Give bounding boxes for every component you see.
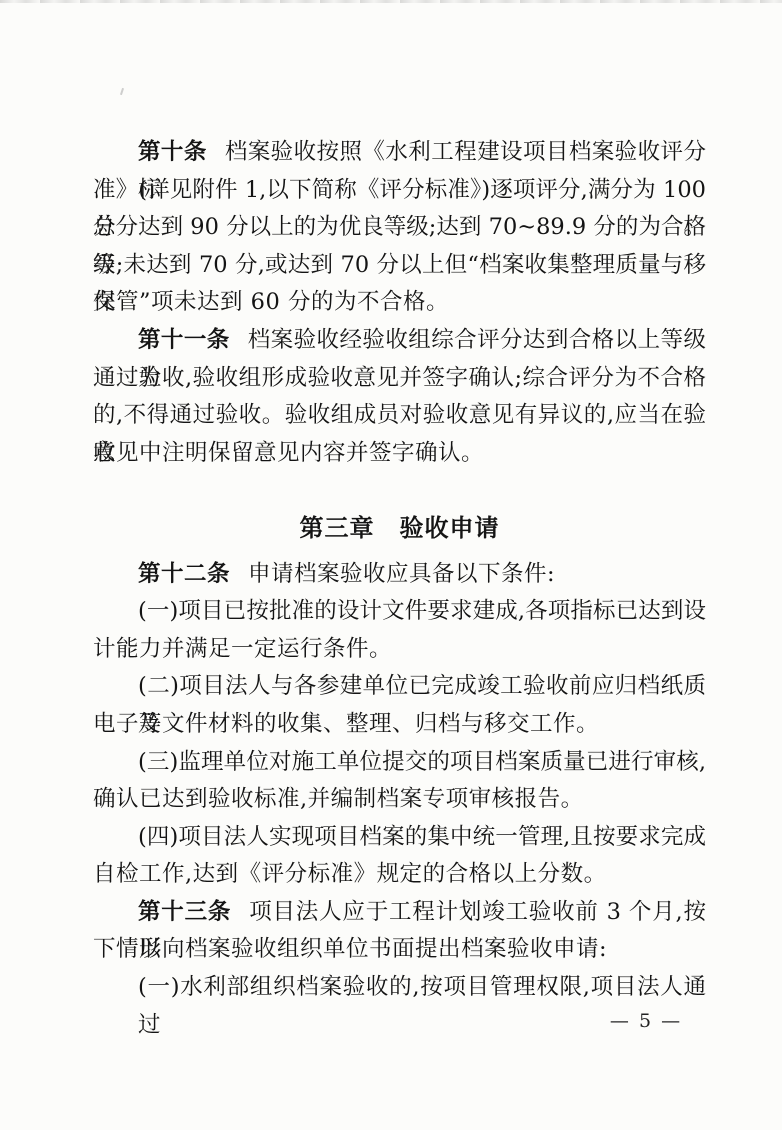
text-line: 准》(详见附件 1,以下简称《评分标准》)逐项评分,满分为 100 分。: [93, 172, 706, 210]
article-number: 第十一条: [138, 327, 230, 353]
page-number: — 5 —: [596, 1008, 696, 1034]
article-text: 申请档案验收应具备以下条件:: [248, 561, 555, 587]
text-line: (二)项目法人与各参建单位已完成竣工验收前应归档纸质及: [93, 668, 706, 706]
text-line: 确认已达到验收标准,并编制档案专项审核报告。: [93, 781, 706, 819]
article-number: 第十条: [138, 139, 207, 165]
text-line: 保管”项未达到 60 分的为不合格。: [93, 284, 706, 322]
text-line: 第十二条申请档案验收应具备以下条件:: [93, 556, 706, 594]
text-line: (三)监理单位对施工单位提交的项目档案质量已进行审核,: [93, 744, 706, 782]
text-line: 电子等文件材料的收集、整理、归档与移交工作。: [93, 706, 706, 744]
document-page: 第十条档案验收按照《水利工程建设项目档案验收评分标准》(详见附件 1,以下简称《…: [0, 0, 782, 1130]
scan-speck-artifact: [120, 88, 124, 95]
text-line: (四)项目法人实现项目档案的集中统一管理,且按要求完成: [93, 819, 706, 857]
text-line: 的,不得通过验收。验收组成员对验收意见有异议的,应当在验收: [93, 397, 706, 435]
text-line: 第十一条档案验收经验收组综合评分达到合格以上等级为: [93, 322, 706, 360]
article-number: 第十二条: [138, 561, 230, 587]
text-line: 第十三条项目法人应于工程计划竣工验收前 3 个月,按以: [93, 894, 706, 932]
text-line: 级;未达到 70 分,或达到 70 分以上但“档案收集整理质量与移交: [93, 247, 706, 285]
document-text-block: 第十条档案验收按照《水利工程建设项目档案验收评分标准》(详见附件 1,以下简称《…: [93, 134, 706, 1007]
text-line: 总分达到 90 分以上的为优良等级;达到 70~89.9 分的为合格等: [93, 209, 706, 247]
text-line: (一)项目已按批准的设计文件要求建成,各项指标已达到设: [93, 593, 706, 631]
text-line: 意见中注明保留意见内容并签字确认。: [93, 435, 706, 473]
text-line: 第十条档案验收按照《水利工程建设项目档案验收评分标: [93, 134, 706, 172]
text-line: 计能力并满足一定运行条件。: [93, 631, 706, 669]
scan-edge-artifact: [0, 0, 782, 3]
text-line: (一)水利部组织档案验收的,按项目管理权限,项目法人通过: [93, 969, 706, 1007]
article-number: 第十三条: [138, 899, 231, 925]
text-line: 自检工作,达到《评分标准》规定的合格以上分数。: [93, 856, 706, 894]
chapter-heading: 第三章 验收申请: [93, 510, 706, 548]
text-line: 通过验收,验收组形成验收意见并签字确认;综合评分为不合格: [93, 360, 706, 398]
text-line: 下情形向档案验收组织单位书面提出档案验收申请:: [93, 931, 706, 969]
